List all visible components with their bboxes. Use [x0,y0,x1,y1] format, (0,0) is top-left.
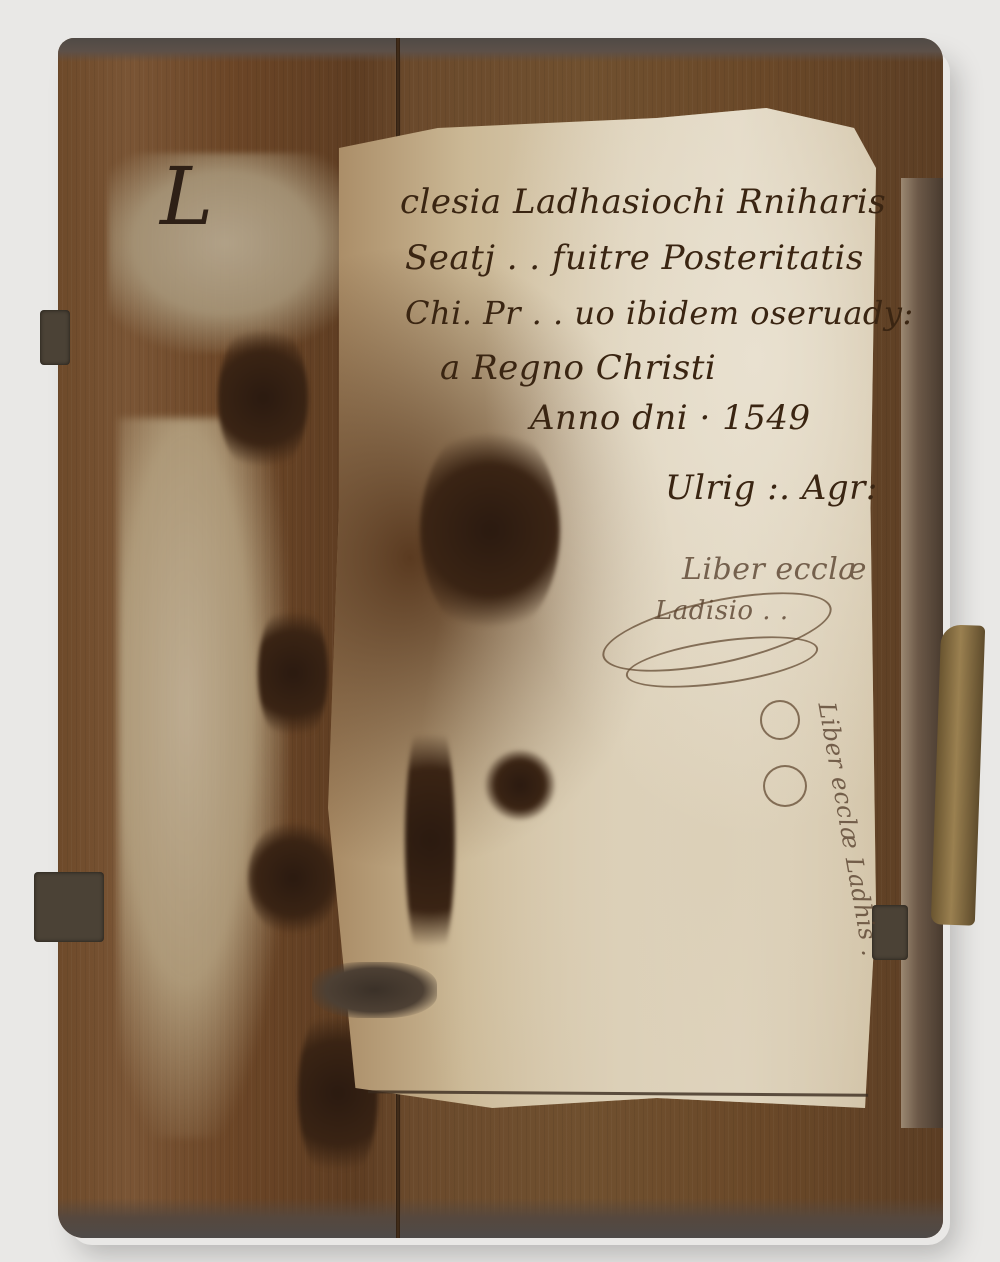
metal-fitting [312,962,437,1018]
worn-top-edge [58,38,943,62]
pen-flourish [760,700,800,740]
inscription-line-1: clesia Ladhasiochi Rniharis [400,182,886,222]
stain [485,750,555,820]
inscription-line-3: Chi. Pr . . uo ibidem oseruady: [405,294,914,332]
stain [420,420,560,640]
paper-remnant-left [118,418,288,1138]
worn-bottom-edge [58,1198,943,1238]
hinge-clasp-upper [40,310,70,365]
inscription-line-2: Seatj . . fuitre Posteritatis [405,238,864,278]
pen-flourish [763,765,807,807]
leather-strap-remnant [931,624,985,925]
hinge-clasp-lower [34,872,104,942]
inscription-line-4: a Regno Christi [440,348,716,388]
stain [405,700,455,980]
stain [218,318,308,478]
monogram-letter: L [160,150,213,243]
stain [248,818,338,938]
inscription-line-5: Anno dni · 1549 [530,398,811,438]
paper-remnant-top-left [108,153,368,353]
marginalia-line-1: Liber ecclæ [682,552,867,587]
inscription-line-6: Ulrig :. Agr: [665,468,878,508]
stain [258,598,328,748]
